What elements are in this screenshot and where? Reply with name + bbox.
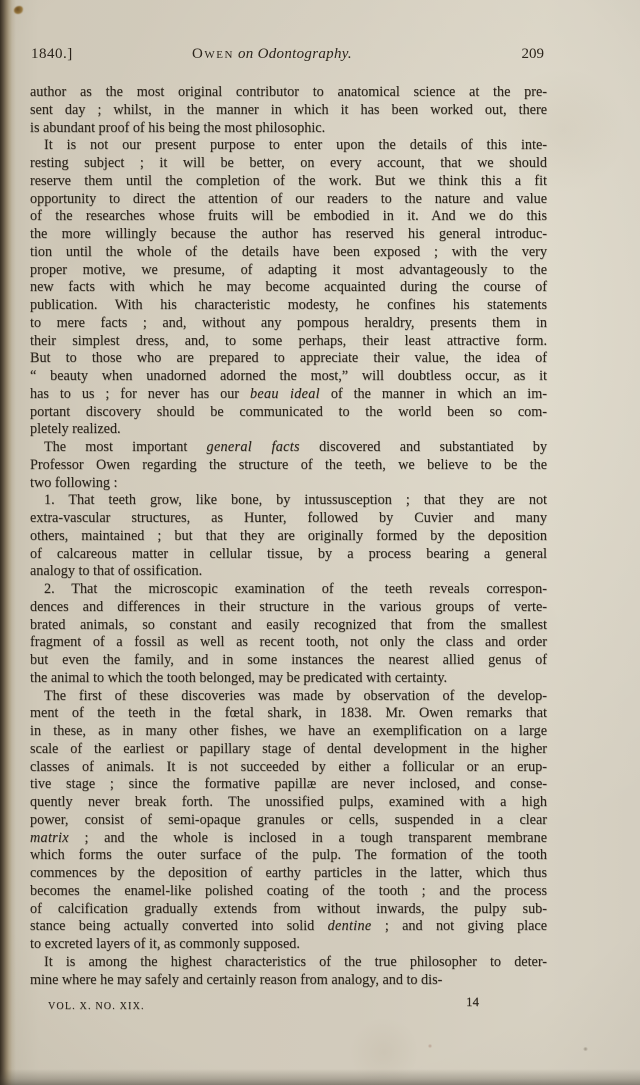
header-year: 1840.] (31, 46, 73, 63)
text-line: becomes the enamel-like polished coating… (30, 883, 547, 901)
text-line: power, consist of semi-opaque granules o… (30, 812, 547, 830)
text-line: the animal to which the tooth belonged, … (30, 670, 547, 688)
book-page: 1840.] Owen on Odontography. 209 author … (0, 0, 640, 1085)
text-line: fragment of a fossil as well as recent t… (30, 634, 547, 652)
paragraph: The most important general facts discove… (30, 439, 547, 492)
text-line: publication. With his characteristic mod… (30, 297, 547, 315)
text-line: The most important general facts discove… (30, 439, 547, 457)
text-line: brated animals, so constant and easily r… (30, 617, 547, 635)
text-line: extra-vascular structures, as Hunter, fo… (30, 510, 547, 528)
text-line: matrix ; and the whole is inclosed in a … (30, 830, 547, 848)
text-line: pletely realized. (30, 421, 547, 439)
paragraph: It is among the highest characteristics … (30, 954, 547, 990)
text-line: author as the most original contributor … (30, 84, 547, 102)
text-line: the more willingly because the author ha… (30, 226, 547, 244)
text-line: mine where he may safely and certainly r… (30, 972, 547, 990)
text-line: But to those who are prepared to appreci… (30, 350, 547, 368)
header-page-number: 209 (522, 46, 545, 63)
text-line: to excreted layers of it, as commonly su… (30, 936, 547, 954)
text-line: two following : (30, 475, 547, 493)
paragraph: 1. That teeth grow, like bone, by intuss… (30, 492, 547, 581)
text-line: of the researches whose fruits will be e… (30, 208, 547, 226)
volume-number-signature: VOL. X. NO. XIX. (48, 1001, 145, 1012)
text-line: 1. That teeth grow, like bone, by intuss… (30, 492, 547, 510)
text-line: in these, as in many other fishes, we ha… (30, 723, 547, 741)
text-line: ment of the teeth in the fœtal shark, in… (30, 705, 547, 723)
text-line: dences and differences in their structur… (30, 599, 547, 617)
header-running-title: Owen on Odontography. (192, 46, 352, 63)
text-line: opportunity to direct the attention of o… (30, 191, 547, 209)
page-bottom-shadow (0, 1069, 640, 1085)
text-line: has to us ; for never has our beau ideal… (30, 386, 547, 404)
text-line: is abundant proof of his being the most … (30, 120, 547, 138)
text-line: scale of the earliest or papillary stage… (30, 741, 547, 759)
text-line: Professor Owen regarding the structure o… (30, 457, 547, 475)
text-line: new facts with which he may become acqua… (30, 279, 547, 297)
text-line: classes of animals. It is not succeeded … (30, 759, 547, 777)
paper-speck (583, 1047, 588, 1051)
text-line: commences by the deposition of earthy pa… (30, 865, 547, 883)
text-line: others, maintained ; but that they are o… (30, 528, 547, 546)
text-line: their simplest dress, and, to some perha… (30, 333, 547, 351)
text-line: sent day ; whilst, in the manner in whic… (30, 102, 547, 120)
header-title-italic: on Odontography. (234, 46, 352, 62)
text-line: portant discovery should be communicated… (30, 404, 547, 422)
header-author-name: Owen (192, 46, 234, 62)
text-line: It is not our present purpose to enter u… (30, 137, 547, 155)
text-line: proper motive, we presume, of adapting i… (30, 262, 547, 280)
text-line: but even the family, and in some instanc… (30, 652, 547, 670)
paper-speck (428, 1044, 432, 1048)
text-line: which forms the outer surface of the pul… (30, 847, 547, 865)
paragraph: The first of these discoveries was made … (30, 688, 547, 954)
text-line: The first of these discoveries was made … (30, 688, 547, 706)
text-line: 2. That the microscopic examination of t… (30, 581, 547, 599)
text-line: resting subject ; it will be better, on … (30, 155, 547, 173)
page-header: 1840.] Owen on Odontography. 209 (0, 46, 640, 68)
text-line: analogy to that of ossification. (30, 563, 547, 581)
text-line: It is among the highest characteristics … (30, 954, 547, 972)
binding-edge (0, 0, 16, 1085)
text-line: of calcareous matter in cellular tissue,… (30, 546, 547, 564)
sheet-signature-number: 14 (466, 994, 479, 1010)
text-line: stance being actually converted into sol… (30, 918, 547, 936)
paragraph: It is not our present purpose to enter u… (30, 137, 547, 439)
text-line: of calcification gradually extends from … (30, 901, 547, 919)
text-line: quently never break forth. The unossifie… (30, 794, 547, 812)
text-line: tion until the whole of the details have… (30, 244, 547, 262)
text-line: “ beauty when unadorned adorned the most… (30, 368, 547, 386)
paper-speck (14, 6, 23, 14)
text-line: reserve them until the completion of the… (30, 173, 547, 191)
text-block: author as the most original contributor … (30, 84, 547, 989)
text-line: tive stage ; since the formative papillæ… (30, 776, 547, 794)
paragraph: author as the most original contributor … (30, 84, 547, 137)
text-line: to mere facts ; and, without any pompous… (30, 315, 547, 333)
paragraph: 2. That the microscopic examination of t… (30, 581, 547, 688)
